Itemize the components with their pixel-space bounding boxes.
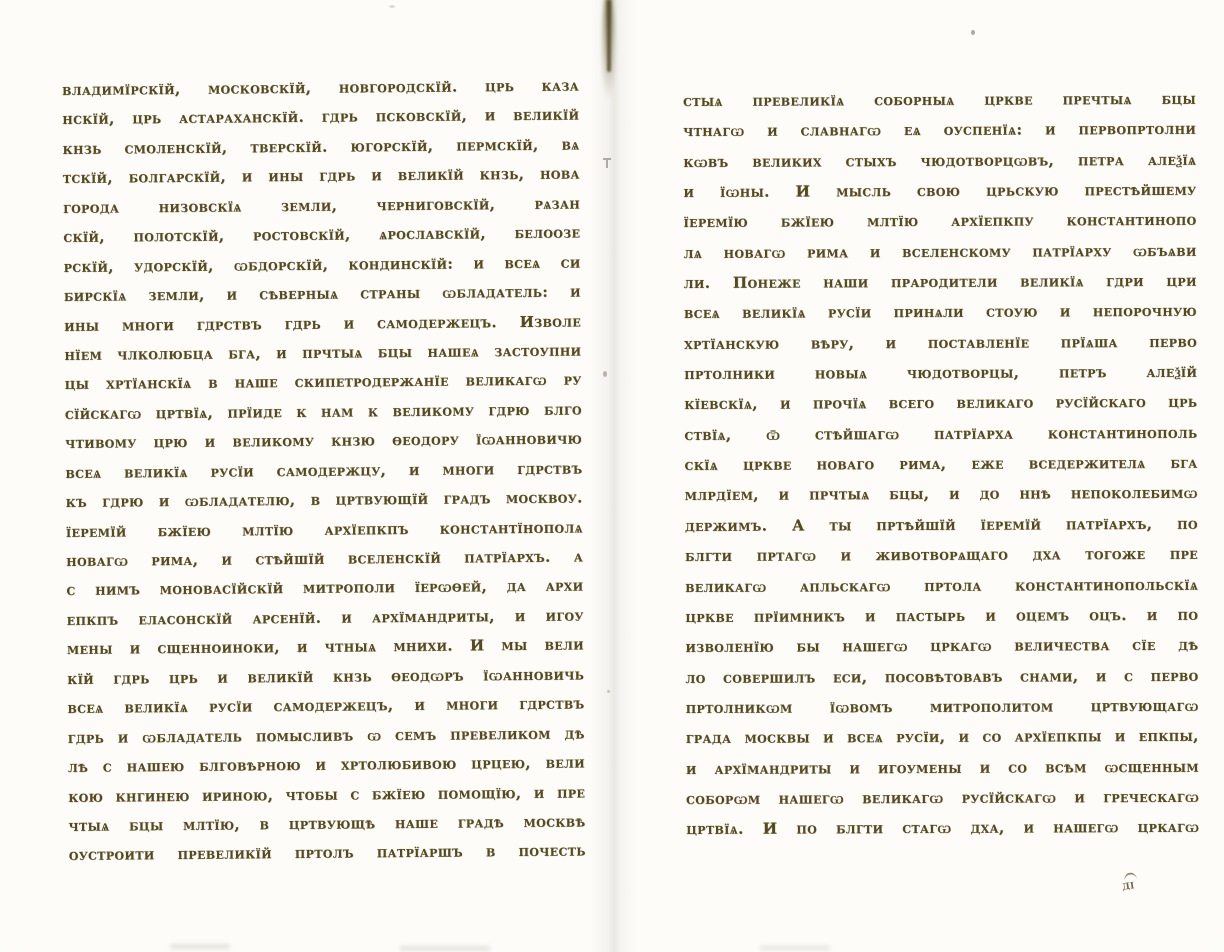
- page-edge-smudge: [760, 946, 830, 950]
- text-line: цртвїѧ. И по блгти стагѡ дха, и нашегѡ ц…: [686, 812, 1199, 845]
- text-line: цы хртїанскїѧ в наше скипетродержанїе ве…: [65, 366, 582, 400]
- text-line: пртолники новыѧ чюдотворцы, петръ алеѯїй: [684, 357, 1197, 390]
- text-line: ло совершилъ еси, посовѣтовавъ снами, и …: [686, 660, 1199, 693]
- text-line: кнзь смоленскїй, тверскїй. югорскїй, пер…: [63, 130, 580, 164]
- text-line: оустроити превеликїй пртолъ патрїаршъ в …: [69, 837, 586, 871]
- text-line: кѡвъ великих стыхъ чюдотворцѡвъ, петра а…: [683, 144, 1196, 177]
- text-line: всеѧ великїѧ русїи самодержецъ, и многи …: [67, 690, 584, 724]
- text-line: великагѡ апльскагѡ пртола константинопол…: [685, 569, 1198, 602]
- text-line: бирскїѧ земли, и сѣверныѧ страны ѡбладат…: [64, 278, 581, 312]
- text-line: скїѧ цркве новаго рима, еже вседержителѧ…: [685, 448, 1198, 481]
- ink-speck: [603, 158, 611, 168]
- ink-speck: [603, 371, 607, 377]
- text-line: ствїѧ, ѿ стѣйшагѡ патрїарха константиноп…: [684, 418, 1197, 451]
- text-line: їеремїй бжїею млтїю архїепкпъ константїн…: [66, 513, 583, 547]
- ink-speck: [389, 5, 395, 8]
- text-line: кою кнгинею ириною, чтобы с бжїею помощї…: [68, 778, 585, 812]
- page-edge-smudge: [170, 944, 230, 949]
- text-line: скїй, полотскїй, ростовскїй, ѧрославскїй…: [63, 219, 580, 253]
- text-line: чтыѧ бцы млтїю, в цртвующѣ наше градѣ мо…: [68, 807, 585, 841]
- text-line: кїевскїѧ, и прочїѧ всего великаго русїйс…: [684, 387, 1197, 420]
- text-line: чтнагѡ и славнагѡ еѧ оуспенїѧ: и первопр…: [683, 114, 1196, 147]
- text-line: ины многи гдрствъ гдрь и самодержецъ. Из…: [64, 307, 581, 341]
- text-line: владимїрскїй, московскїй, новгородскїй. …: [62, 71, 579, 105]
- page-right-text: стыѧ превеликїѧ соборныѧ цркве пречтыѧ б…: [683, 84, 1199, 845]
- ink-smudge-core: [607, 0, 611, 72]
- page-edge-smudge: [400, 946, 490, 951]
- text-line: нскїй, црь астараханскїй. гдрь псковскїй…: [62, 101, 579, 135]
- text-line: сїйскагѡ цртвїѧ, прїиде к нам к великому…: [65, 395, 582, 429]
- text-line: цркве прїимникъ и пастырь и оцемъ оцъ. и…: [685, 600, 1198, 633]
- text-line: держимъ. А ты пртѣйшїй їеремїй патрїархъ…: [685, 509, 1198, 542]
- text-line: мены и сщенноиноки, и чтныѧ мнихи. И мы …: [67, 631, 584, 665]
- text-line: нїем члколюбца бга, и прчтыѧ бцы нашеѧ з…: [64, 336, 581, 370]
- text-line: тскїй, болгарскїй, и ины гдрь и великїй …: [63, 160, 580, 194]
- text-line: лѣ с нашею блговѣрною и хртолюбивою црце…: [68, 749, 585, 783]
- text-line: соборѡм нашегѡ великагѡ русїйскагѡ и гре…: [686, 782, 1199, 815]
- text-line: новагѡ рима, и стѣйшїй вселенскїй патрїа…: [66, 542, 583, 576]
- titlo-mark: [1123, 872, 1137, 882]
- text-line: епкпъ еласонскїй арсенїй. и архїмандриты…: [67, 601, 584, 635]
- ink-speck: [971, 30, 975, 35]
- book-spread: владимїрскїй, московскїй, новгородскїй. …: [0, 0, 1224, 952]
- text-line: їеремїю бжїею млтїю архїепкпу константин…: [684, 205, 1197, 238]
- text-line: и архїмандриты и игоумены и со всѣм ѡсще…: [686, 751, 1199, 784]
- page-left-text: владимїрскїй, московскїй, новгородскїй. …: [62, 71, 586, 870]
- text-line: къ гдрю и ѡбладателю, в цртвующїй градъ …: [66, 484, 583, 518]
- text-line: города низовскїѧ земли, черниговскїй, рѧ…: [63, 189, 580, 223]
- text-line: пртолникѡм їѡвомъ митрополитом цртвующаг…: [686, 691, 1199, 724]
- text-line: всеѧ великїѧ русїи самодержцу, и многи г…: [65, 454, 582, 488]
- text-line: изволенїю бы нашегѡ цркагѡ величества сї…: [685, 630, 1198, 663]
- ink-speck: [607, 690, 610, 693]
- text-line: ли. Понеже наши прародители великїѧ гдри…: [684, 266, 1197, 299]
- text-line: блгти пртагѡ и животворѧщаго дха тогоже …: [685, 539, 1198, 572]
- text-line: кїй гдрь црь и великїй кнзь ѳеодѡръ їѡан…: [67, 660, 584, 694]
- text-line: рскїй, удорскїй, ѡбдорскїй, кондинскїй: …: [64, 248, 581, 282]
- text-line: града москвы и всеѧ русїи, и со архїепкп…: [686, 721, 1199, 754]
- text-line: и їѡны. И мысль свою црьскую престѣйшему: [683, 175, 1196, 208]
- text-line: чтивому црю и великому кнзю ѳеодору їѡан…: [65, 425, 582, 459]
- text-line: всеѧ великїѧ русїи принѧли стоую и непор…: [684, 296, 1197, 329]
- gutter-fold: [590, 0, 638, 952]
- quire-signature: ді: [1121, 877, 1135, 894]
- text-line: с нимъ моновасїйскїй митрополи їерѡѳей, …: [66, 572, 583, 606]
- text-line: гдрь и ѡбладатель помысливъ ѡ семъ преве…: [68, 719, 585, 753]
- text-line: стыѧ превеликїѧ соборныѧ цркве пречтыѧ б…: [683, 84, 1196, 117]
- text-line: млрдїем, и прчтыѧ бцы, и до ннѣ непоколе…: [685, 478, 1198, 511]
- text-line: хртїанскую вѣру, и поставленїе прїѧша пе…: [684, 327, 1197, 360]
- text-line: лѧ новагѡ рима и вселенскому патрїарху ѡ…: [684, 235, 1197, 268]
